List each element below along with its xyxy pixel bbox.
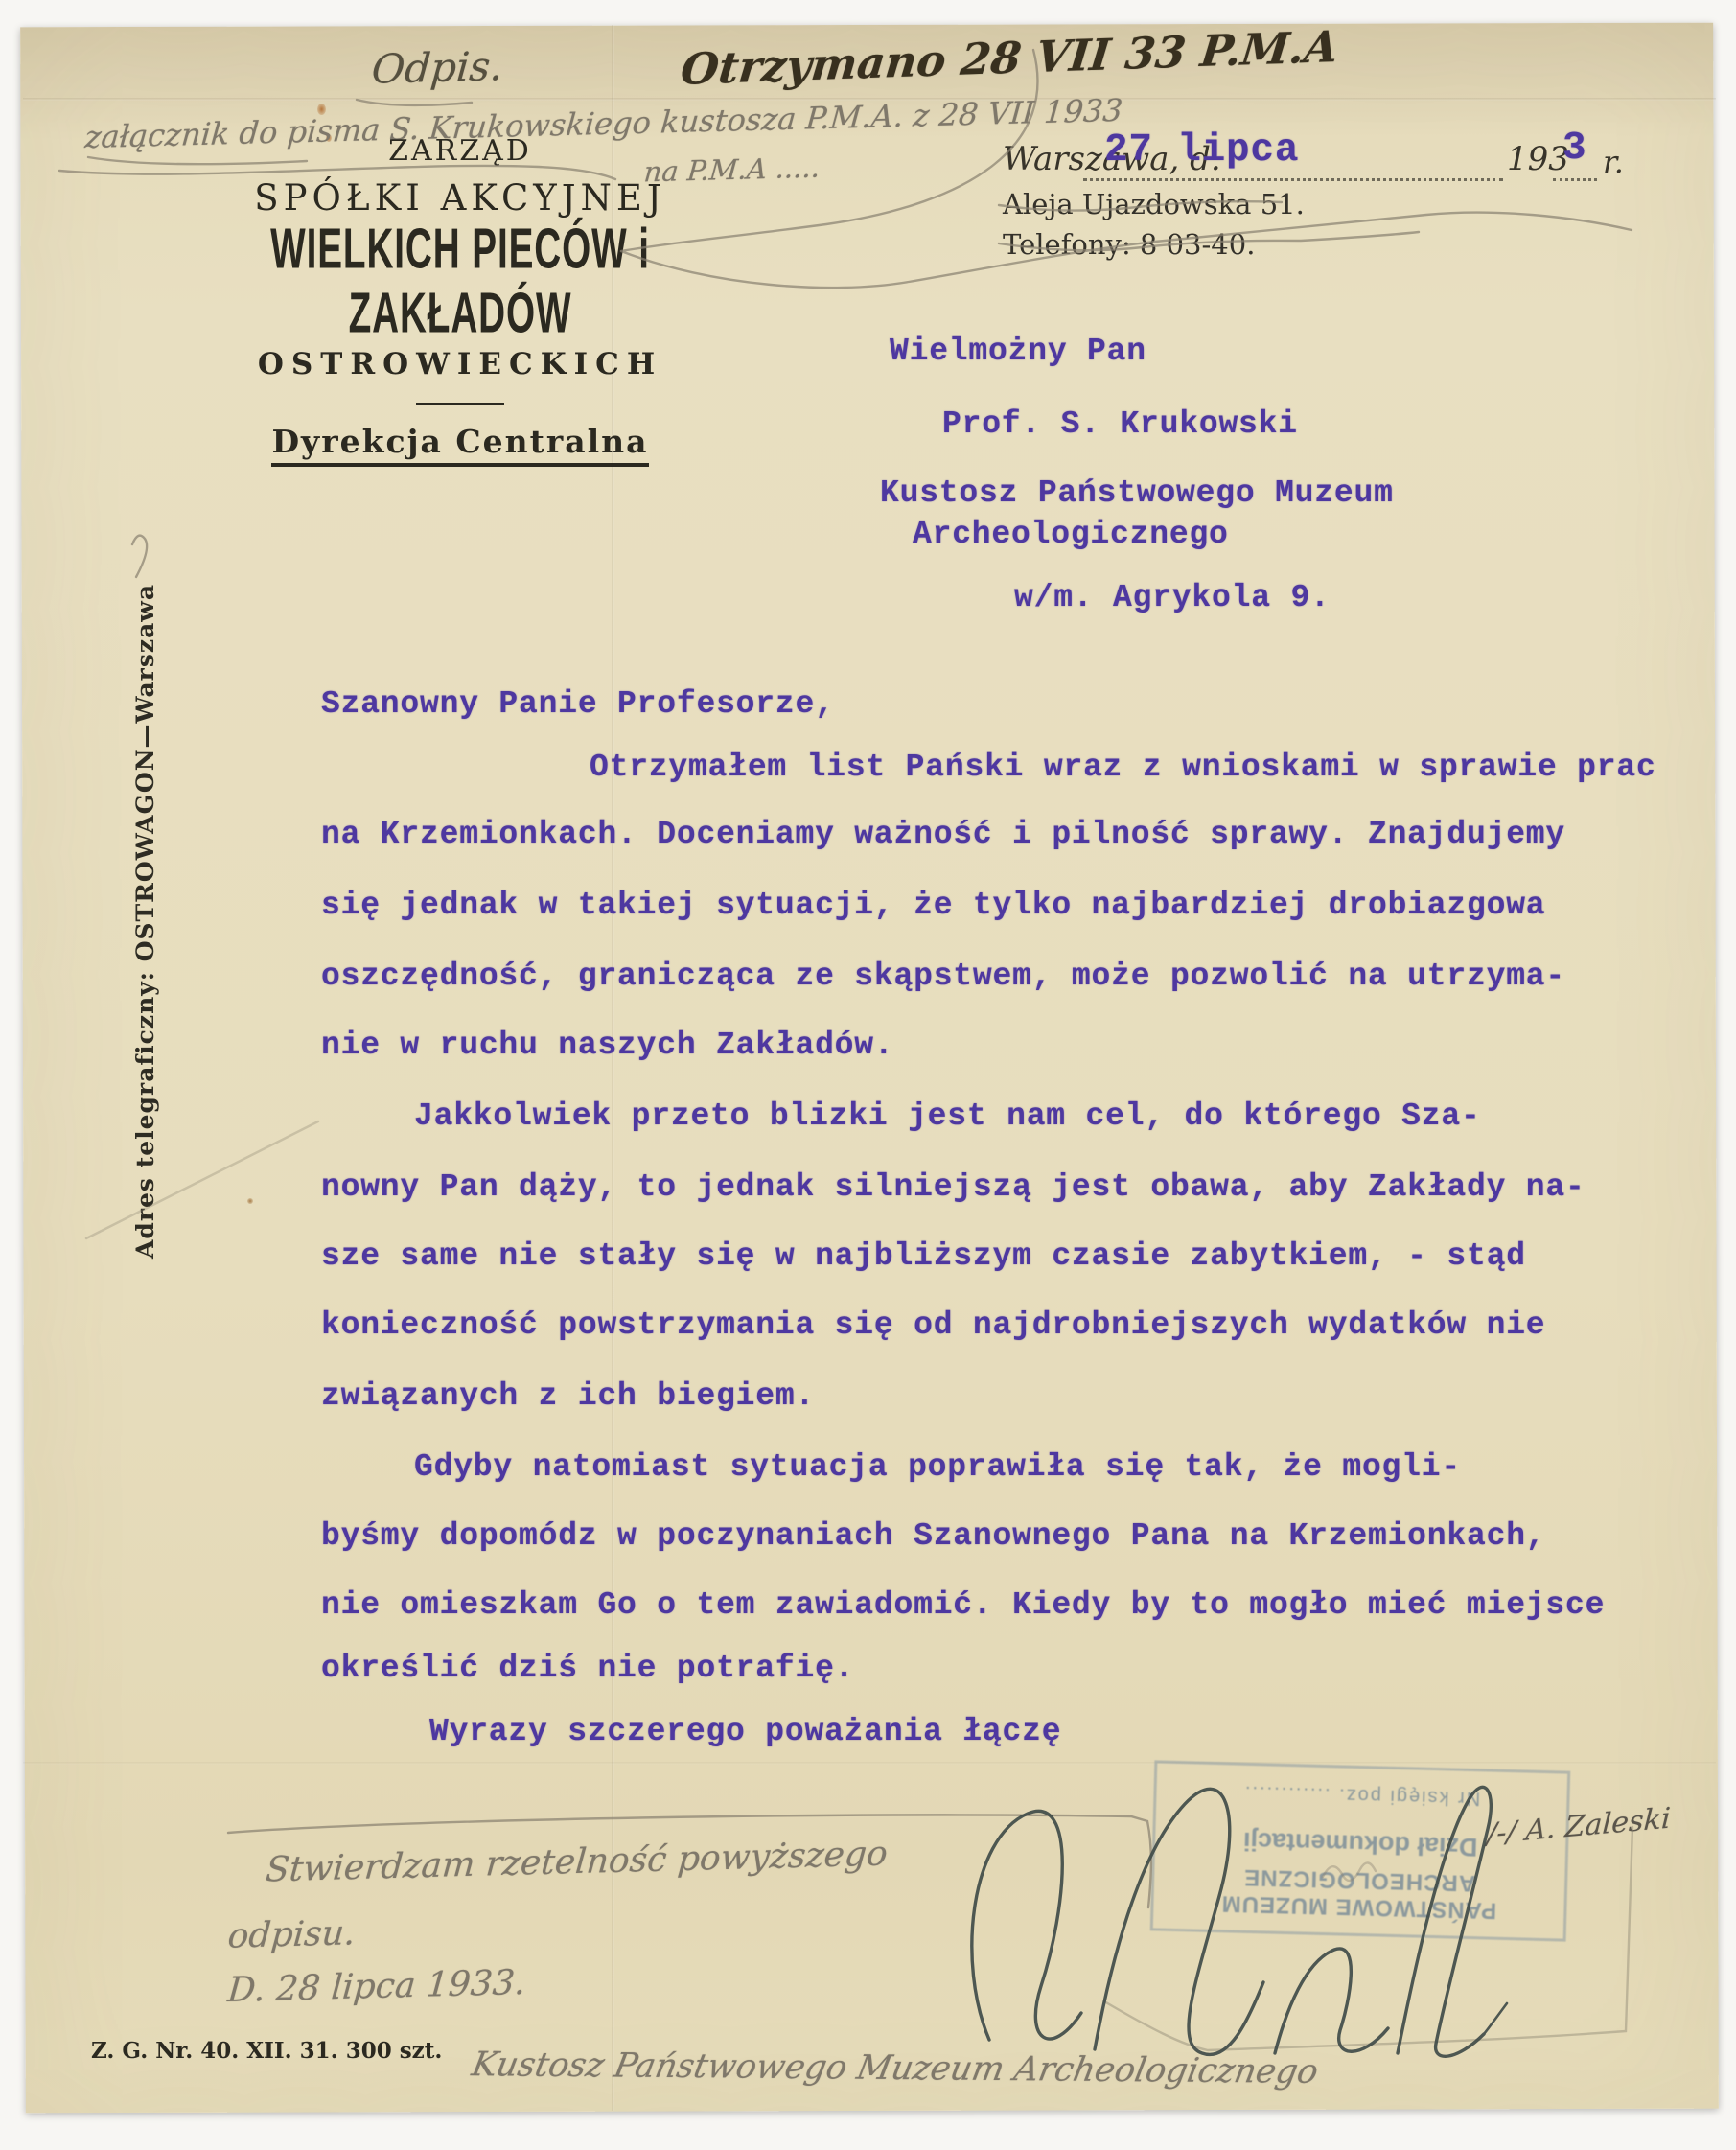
letter-line: nowny Pan dąży, to jednak silniejszą jes… (321, 1169, 1586, 1205)
letter-line: Jakkolwiek przeto blizki jest nam cel, d… (414, 1098, 1481, 1134)
letterhead-company-place: OSTROWIECKICH (180, 347, 740, 381)
foxing-spot (247, 1198, 253, 1204)
letterhead-board-line: ZARZĄD (180, 134, 740, 168)
certification-note-line2: odpisu. (226, 1913, 357, 1955)
letter-line: byśmy dopomódz w poczynaniach Szanownego… (321, 1518, 1545, 1554)
certification-note-date: D. 28 lipca 1933. (226, 1963, 527, 2010)
letter-line: sze same nie stały się w najbliższym cza… (321, 1238, 1526, 1274)
handwritten-odpis-note: Odpis. (370, 42, 505, 93)
letter-line: związanych z ich biegiem. (321, 1378, 815, 1414)
year-dotted-line (1553, 178, 1597, 181)
recipient-address: w/m. Agrykola 9. (1014, 580, 1331, 615)
letter-line: określić dziś nie potrafię. (321, 1651, 854, 1686)
horizontal-fold-crease-lower (23, 1762, 1716, 1765)
letterhead-division: Dyrekcja Centralna (271, 423, 648, 467)
letter-line: na Krzemionkach. Doceniamy ważność i pil… (321, 817, 1565, 852)
letter-line: oszczędność, granicząca ze skąpstwem, mo… (321, 959, 1565, 994)
letterhead-company-type: SPÓŁKI AKCYJNEJ (180, 177, 740, 219)
telegraph-address-vertical: Adres telegraficzny: OSTROWAGON—Warszawa (131, 532, 160, 1310)
scanned-letter-page: Odpis. Otrzymano 28 VII 33 P.M.A załączn… (0, 0, 1736, 2150)
dateline-year-typed: 3 (1562, 127, 1586, 171)
museum-stamp: PAŃSTWOWE MUZEUM ARCHEOLOGICZNE Dział do… (1150, 1760, 1571, 1941)
recipient-title-line1: Kustosz Państwowego Muzeum (880, 475, 1394, 511)
printer-mark: Z. G. Nr. 40. XII. 31. 300 szt. (91, 2038, 442, 2064)
company-letterhead: ZARZĄD SPÓŁKI AKCYJNEJ WIELKICH PIECÓW i… (180, 134, 740, 467)
letter-salutation: Szanowny Panie Profesorze, (321, 686, 835, 722)
dateline-day-month-typed: 27 lipca (1104, 128, 1299, 173)
bottom-handwritten-title: Kustosz Państwowego Muzeum Archeologiczn… (469, 2046, 1321, 2092)
dateline-year-suffix: r. (1603, 144, 1624, 180)
recipient-honorific: Wielmożny Pan (890, 334, 1146, 369)
letter-closing: Wyrazy szczerego poważania łączę (429, 1714, 1061, 1749)
letter-line: konieczność powstrzymania się od najdrob… (321, 1307, 1545, 1343)
letter-line: Gdyby natomiast sytuacja poprawiła się t… (414, 1449, 1461, 1485)
stamp-institution: PAŃSTWOWE MUZEUM ARCHEOLOGICZNE (1153, 1861, 1564, 1925)
letter-line: nie w ruchu naszych Zakładów. (321, 1028, 894, 1063)
date-dotted-line (1083, 178, 1503, 181)
letter-line: Otrzymałem list Pański wraz z wnioskami … (590, 750, 1656, 785)
letter-line: się jednak w takiej sytuacji, że tylko n… (321, 888, 1545, 923)
recipient-name: Prof. S. Krukowski (942, 406, 1298, 442)
stamp-register-line: Nr księgi poz. ............ (1156, 1778, 1566, 1811)
letterhead-company-name: WIELKICH PIECÓW i ZAKŁADÓW (180, 234, 740, 330)
dateline-year-printed: 193 (1507, 140, 1569, 178)
recipient-title-line2: Archeologicznego (913, 517, 1229, 552)
letter-line: nie omieszkam Go o tem zawiadomić. Kiedy… (321, 1587, 1605, 1623)
letterhead-phones: Telefony: 8 03-40. (1003, 228, 1255, 261)
letterhead-street-address: Aleja Ujazdowska 51. (1003, 188, 1305, 220)
